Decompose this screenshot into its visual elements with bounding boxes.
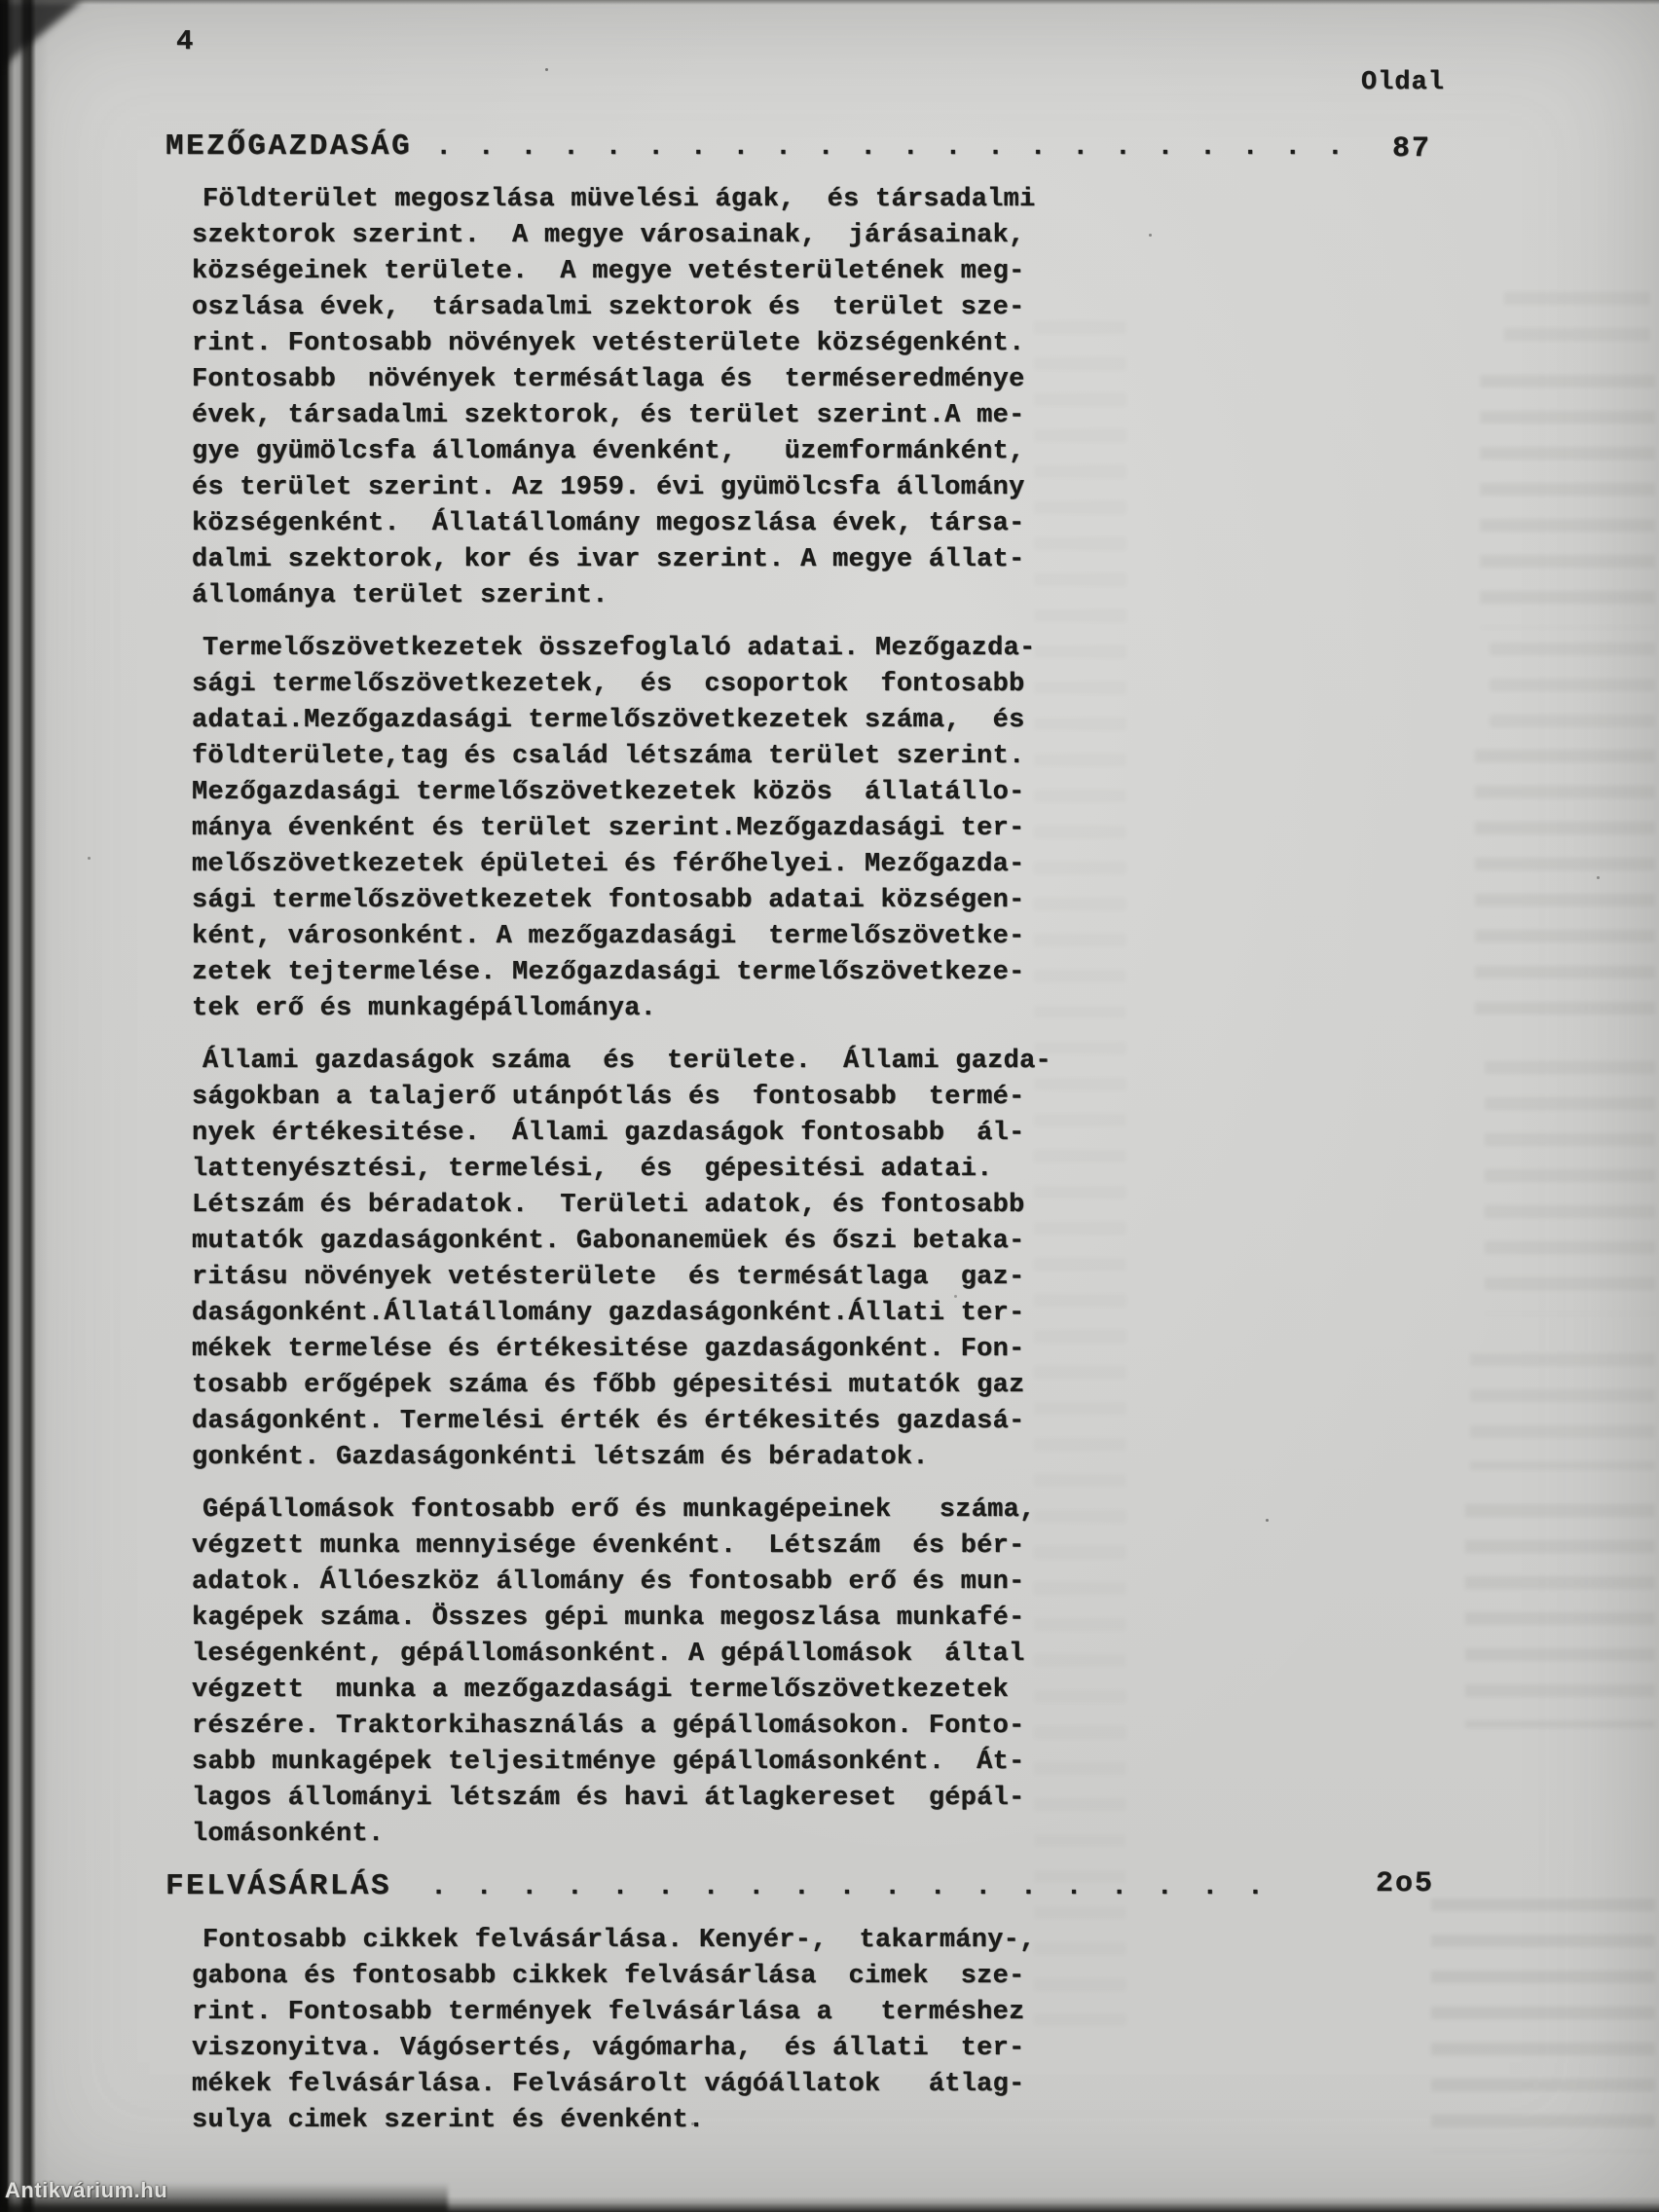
bleed-through-ghost-text [1475, 750, 1655, 1032]
text-line: ként, városonként. A mezőgazdasági terme… [192, 919, 1049, 955]
text-line: Gépállomások fontosabb erő és munkagépei… [192, 1493, 1049, 1529]
text-line: évek, társadalmi szektorok, és terület s… [192, 398, 1049, 434]
text-line: községenként. Állatállomány megoszlása é… [192, 506, 1049, 542]
top-edge-shadow [0, 0, 1659, 5]
text-line: földterülete,tag és család létszáma terü… [192, 739, 1049, 775]
dot-leader: . . . . . . . . . . . . . . . . . . . [430, 1872, 1264, 1902]
text-line: adatok. Állóeszköz állomány és fontosabb… [192, 1565, 1049, 1601]
text-line: ritásu növények vetésterülete és termésá… [192, 1260, 1049, 1296]
section-title: FELVÁSÁRLÁS [166, 1869, 391, 1903]
text-line: szektorok szerint. A megye városainak, j… [192, 218, 1049, 254]
text-line: sabb munkagépek teljesitménye gépállomás… [192, 1745, 1049, 1781]
toc-paragraph: Termelőszövetkezetek összefoglaló adatai… [192, 631, 1049, 1027]
text-line: daságonként.Állatállomány gazdaságonként… [192, 1296, 1049, 1332]
text-line: leségenként, gépállomásonként. A gépállo… [192, 1637, 1049, 1673]
text-line: daságonként. Termelési érték és értékesi… [192, 1404, 1049, 1440]
scanned-page: 4 Oldal MEZŐGAZDASÁG . . . . . . . . . .… [0, 0, 1659, 2212]
text-line: tosabb erőgépek száma és főbb gépesitési… [192, 1368, 1049, 1404]
text-line: lattenyésztési, termelési, és gépesitési… [192, 1152, 1049, 1188]
book-binding-shadow [0, 0, 49, 2212]
text-line: gonként. Gazdaságonkénti létszám és béra… [192, 1440, 1049, 1476]
text-line: nyek értékesitése. Állami gazdaságok fon… [192, 1116, 1049, 1152]
text-line: mutatók gazdaságonként. Gabonanemüek és … [192, 1224, 1049, 1260]
toc-paragraph: Fontosabb cikkek felvásárlása. Kenyér-, … [192, 1923, 1049, 2139]
text-line: melőszövetkezetek épületei és férőhelyei… [192, 847, 1049, 883]
text-line: Fontosabb növények termésátlaga és termé… [192, 362, 1049, 398]
text-line: mánya évenként és terület szerint.Mezőga… [192, 811, 1049, 847]
bleed-through-ghost-text [1470, 1353, 1655, 1470]
text-line: viszonyitva. Vágósertés, vágómarha, és á… [192, 2031, 1049, 2067]
toc-body-felvasarlas: Fontosabb cikkek felvásárlása. Kenyér-, … [192, 1923, 1049, 2139]
section-page-number: 87 [1392, 132, 1431, 166]
section-title: MEZŐGAZDASÁG [166, 129, 412, 164]
section-heading-mezogazdasag: MEZŐGAZDASÁG . . . . . . . . . . . . . .… [166, 129, 1344, 164]
text-line: Létszám és béradatok. Területi adatok, é… [192, 1188, 1049, 1224]
text-line: Fontosabb cikkek felvásárlása. Kenyér-, … [192, 1923, 1049, 1959]
text-line: lomásonként. [192, 1817, 1049, 1853]
text-line: Állami gazdaságok száma és területe. Áll… [192, 1044, 1049, 1080]
text-line: zetek tejtermelése. Mezőgazdasági termel… [192, 955, 1049, 991]
toc-paragraph: Állami gazdaságok száma és területe. Áll… [192, 1044, 1049, 1476]
text-line: sulya cimek szerint és évenként. [192, 2103, 1049, 2139]
bleed-through-ghost-text [1490, 643, 1655, 730]
text-line: rint. Fontosabb növények vetésterülete k… [192, 326, 1049, 362]
bleed-through-ghost-text [1034, 321, 1126, 2025]
toc-paragraph: Földterület megoszlása müvelési ágak, és… [192, 182, 1049, 614]
page-column-label: Oldal [1361, 68, 1445, 97]
toc-body-mezogazdasag: Földterület megoszlása müvelési ágak, és… [192, 182, 1049, 1853]
text-line: végzett munka mennyisége évenként. Létsz… [192, 1529, 1049, 1565]
bleed-through-ghost-text [1485, 1061, 1655, 1314]
text-line: Földterület megoszlása müvelési ágak, és… [192, 182, 1049, 218]
text-line: mékek felvásárlása. Felvásárolt vágóálla… [192, 2067, 1049, 2103]
text-line: adatai.Mezőgazdasági termelőszövetkezete… [192, 703, 1049, 739]
text-line: és terület szerint. Az 1959. évi gyümölc… [192, 470, 1049, 506]
text-line: részére. Traktorkihasználás a gépállomás… [192, 1709, 1049, 1745]
text-line: állománya terület szerint. [192, 578, 1049, 614]
bleed-through-ghost-text [1431, 1899, 1655, 2152]
text-line: gabona és fontosabb cikkek felvásárlása … [192, 1959, 1049, 1995]
text-line: Mezőgazdasági termelőszövetkezetek közös… [192, 775, 1049, 811]
corner-page-number: 4 [176, 25, 194, 57]
text-line: oszlása évek, társadalmi szektorok és te… [192, 290, 1049, 326]
text-line: sági termelőszövetkezetek fontosabb adat… [192, 883, 1049, 919]
dot-leader: . . . . . . . . . . . . . . . . . . . . … [435, 132, 1344, 163]
section-page-number: 2o5 [1376, 1867, 1434, 1900]
scan-speckles [545, 68, 548, 71]
text-line: sági termelőszövetkezetek, és csoportok … [192, 667, 1049, 703]
text-line: rint. Fontosabb termények felvásárlása a… [192, 1995, 1049, 2031]
antikvarium-watermark: Antikvárium.hu [5, 2178, 167, 2203]
corner-shadow [0, 0, 83, 68]
text-line: tek erő és munkagépállománya. [192, 991, 1049, 1027]
bleed-through-ghost-text [1480, 375, 1655, 628]
toc-paragraph: Gépállomások fontosabb erő és munkagépei… [192, 1493, 1049, 1853]
bleed-through-ghost-text [1465, 1504, 1655, 1728]
text-line: lagos állományi létszám és havi átlagker… [192, 1781, 1049, 1817]
bleed-through-ghost-text [1504, 292, 1650, 350]
text-line: dalmi szektorok, kor és ivar szerint. A … [192, 542, 1049, 578]
text-line: községeinek területe. A megye vetésterül… [192, 254, 1049, 290]
text-line: Termelőszövetkezetek összefoglaló adatai… [192, 631, 1049, 667]
text-line: ságokban a talajerő utánpótlás és fontos… [192, 1080, 1049, 1116]
text-line: kagépek száma. Összes gépi munka megoszl… [192, 1601, 1049, 1637]
text-line: mékek termelése és értékesitése gazdaság… [192, 1332, 1049, 1368]
text-line: végzett munka a mezőgazdasági termelőszö… [192, 1673, 1049, 1709]
text-line: gye gyümölcsfa állománya évenként, üzemf… [192, 434, 1049, 470]
